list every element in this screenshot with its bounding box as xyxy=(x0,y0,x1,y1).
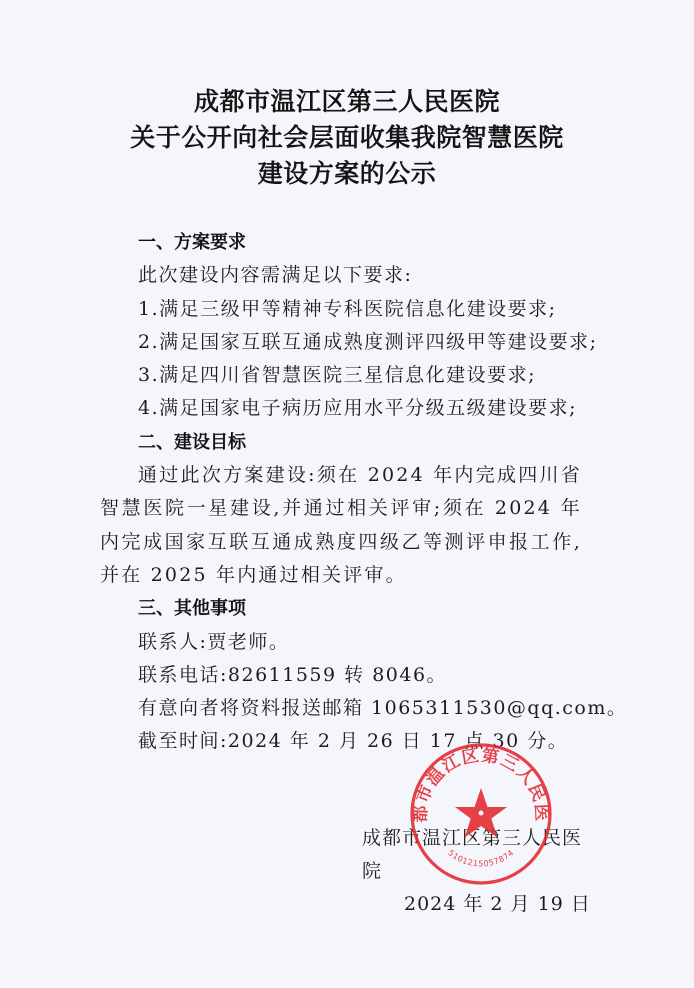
title-line-3: 建设方案的公示 xyxy=(0,156,694,192)
title-line-2: 关于公开向社会层面收集我院智慧医院 xyxy=(0,120,694,156)
requirement-item: 3.满足四川省智慧医院三星信息化建设要求; xyxy=(100,359,582,392)
signature-block: 成都市温江区第三人民医院 2024 年 2 月 19 日 xyxy=(362,822,592,921)
document-title: 成都市温江区第三人民医院 关于公开向社会层面收集我院智慧医院 建设方案的公示 xyxy=(0,84,694,192)
requirement-item: 4.满足国家电子病历应用水平分级五级建设要求; xyxy=(100,392,582,425)
signature-date: 2024 年 2 月 19 日 xyxy=(362,888,592,921)
section-heading-requirements: 一、方案要求 xyxy=(100,226,582,259)
signature-organization: 成都市温江区第三人民医院 xyxy=(362,822,592,888)
contact-phone: 联系电话:82611559 转 8046。 xyxy=(100,659,582,692)
title-line-1: 成都市温江区第三人民医院 xyxy=(0,84,694,120)
submission-email: 有意向者将资料报送邮箱 1065311530@qq.com。 xyxy=(100,692,582,725)
deadline: 截至时间:2024 年 2 月 26 日 17 点 30 分。 xyxy=(100,725,582,758)
section-heading-other: 三、其他事项 xyxy=(100,592,582,625)
goals-paragraph: 通过此次方案建设:须在 2024 年内完成四川省智慧医院一星建设,并通过相关评审… xyxy=(100,459,582,592)
document-body: 一、方案要求 此次建设内容需满足以下要求: 1.满足三级甲等精神专科医院信息化建… xyxy=(100,226,582,759)
requirements-intro: 此次建设内容需满足以下要求: xyxy=(100,259,582,292)
requirement-item: 2.满足国家互联互通成熟度测评四级甲等建设要求; xyxy=(100,326,582,359)
section-heading-goals: 二、建设目标 xyxy=(100,426,582,459)
document-page: 成都市温江区第三人民医院 关于公开向社会层面收集我院智慧医院 建设方案的公示 一… xyxy=(0,0,694,988)
contact-person: 联系人:贾老师。 xyxy=(100,626,582,659)
requirement-item: 1.满足三级甲等精神专科医院信息化建设要求; xyxy=(100,293,582,326)
